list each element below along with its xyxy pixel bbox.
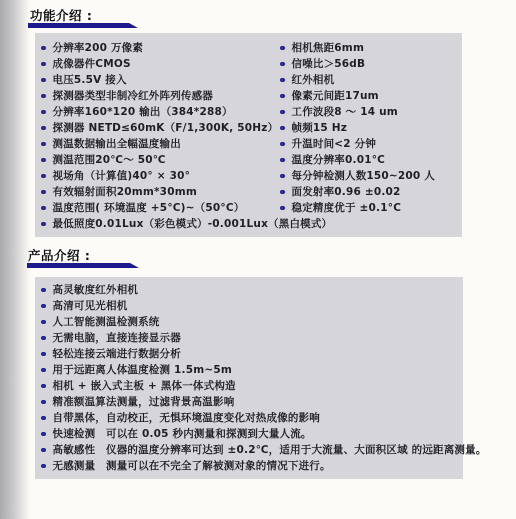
feature-item-text: 相机 + 嵌入式主板 + 黑体一体式构造: [53, 378, 236, 394]
spec-item: 红外相机: [280, 72, 435, 88]
feature-item-text: 无需电脑，直接连接显示器: [53, 330, 181, 346]
feature-item-text: 无感测量 测量可以在不完全了解被测对象的情况下进行。: [53, 458, 331, 474]
bullet-icon: [280, 142, 285, 147]
page-edge-shadow: [0, 0, 30, 519]
feature-item: 无感测量 测量可以在不完全了解被测对象的情况下进行。: [41, 458, 487, 474]
feature-item-text: 用于远距离人体温度检测 1.5m~5m: [53, 362, 233, 378]
bullet-icon: [280, 46, 285, 51]
feature-item-text: 轻松连接云端进行数据分析: [53, 346, 181, 362]
feature-item-text: 高灵敏度红外相机: [53, 282, 139, 298]
bullet-icon: [280, 126, 285, 131]
feature-item-text: 精准额温算法测量，过滤背景高温影响: [53, 394, 235, 410]
function-spec-panel: 分辨率200 万像素 成像器件CMOS 电压5.5V 接入 探测器类型非制冷红外…: [35, 33, 462, 237]
spec-item: 工作波段8 ～ 14 um: [280, 104, 435, 120]
bullet-icon: [41, 464, 46, 469]
feature-item: 高灵敏度红外相机: [41, 282, 487, 298]
spec-item: 面发射率0.96 ±0.02: [280, 184, 435, 200]
function-title-underline: [28, 23, 138, 28]
feature-item-text: 快速检测 可以在 0.05 秒内测量和探测到大量人流。: [53, 426, 312, 442]
spec-item: 每分钟检测人数150~200 人: [280, 168, 435, 184]
feature-item: 相机 + 嵌入式主板 + 黑体一体式构造: [41, 378, 487, 394]
bullet-icon: [280, 174, 285, 179]
bullet-icon: [41, 142, 46, 147]
bullet-icon: [41, 158, 46, 163]
spec-item: 温度分辨率0.01°C: [280, 152, 435, 168]
bullet-icon: [41, 222, 46, 227]
spec-item-text: 温度分辨率0.01°C: [292, 152, 386, 168]
bullet-icon: [280, 94, 285, 99]
spec-item-text: 探测器类型非制冷红外阵列传感器: [53, 88, 214, 104]
feature-item: 高清可见光相机: [41, 298, 487, 314]
bullet-icon: [41, 384, 46, 389]
spec-item-text: 分辨率160*120 输出（384*288）: [53, 104, 233, 120]
function-section-title: 功能介绍 :: [30, 6, 92, 24]
bullet-icon: [41, 304, 46, 309]
feature-item: 自带黑体，自动校正，无惧环境温度变化对热成像的影响: [41, 410, 487, 426]
spec-item: 稳定精度优于 ±0.1°C: [280, 200, 435, 216]
spec-item-text: 视场角（计算值)40° × 30°: [53, 168, 191, 184]
bullet-icon: [280, 158, 285, 163]
bullet-icon: [41, 400, 46, 405]
bullet-icon: [41, 94, 46, 99]
spec-item-text: 电压5.5V 接入: [53, 72, 127, 88]
bullet-icon: [280, 78, 285, 83]
feature-item: 人工智能测温检测系统: [41, 314, 487, 330]
spec-item: 信噪比＞56dB: [280, 56, 435, 72]
spec-item-text: 测温数据输出全幅温度输出: [53, 136, 181, 152]
spec-item-text: 帧频15 Hz: [292, 120, 348, 136]
bullet-icon: [280, 206, 285, 211]
spec-item-text: 探测器 NETD≤60mK（F/1,300K, 50Hz）: [53, 120, 279, 136]
bullet-icon: [41, 352, 46, 357]
bullet-icon: [41, 110, 46, 115]
bullet-icon: [41, 126, 46, 131]
feature-item: 无需电脑，直接连接显示器: [41, 330, 487, 346]
spec-item-text: 每分钟检测人数150~200 人: [292, 168, 436, 184]
feature-item: 精准额温算法测量，过滤背景高温影响: [41, 394, 487, 410]
spec-item-text: 相机焦距6mm: [292, 40, 365, 56]
product-feature-list: 高灵敏度红外相机 高清可见光相机 人工智能测温检测系统 无需电脑，直接连接显示器…: [41, 282, 487, 474]
bullet-icon: [280, 62, 285, 67]
bullet-icon: [41, 368, 46, 373]
bullet-icon: [41, 432, 46, 437]
bullet-icon: [41, 336, 46, 341]
feature-item-text: 高敏感性 仪器的温度分辨率可达到 ±0.2℃，适用于大流量、大面积区域 的远距离…: [53, 442, 487, 458]
feature-item: 快速检测 可以在 0.05 秒内测量和探测到大量人流。: [41, 426, 487, 442]
feature-item: 高敏感性 仪器的温度分辨率可达到 ±0.2℃，适用于大流量、大面积区域 的远距离…: [41, 442, 487, 458]
spec-item-text: 升温时间<2 分钟: [292, 136, 377, 152]
spec-item-text: 有效辐射面积20mm*30mm: [53, 184, 197, 200]
spec-item-text: 信噪比＞56dB: [292, 56, 366, 72]
spec-item-text: 最低照度0.01Lux（彩色模式）-0.001Lux（黑白模式）: [53, 216, 333, 232]
bullet-icon: [280, 190, 285, 195]
product-title-underline: [27, 263, 139, 268]
spec-item-text: 工作波段8 ～ 14 um: [292, 104, 398, 120]
bullet-icon: [41, 416, 46, 421]
product-section-title: 产品介绍 :: [28, 246, 90, 264]
bullet-icon: [41, 190, 46, 195]
bullet-icon: [41, 78, 46, 83]
feature-item-text: 自带黑体，自动校正，无惧环境温度变化对热成像的影响: [53, 410, 321, 426]
spec-item-text: 温度范围( 环境温度 +5°C)~（50°C）: [53, 200, 245, 216]
spec-item: 相机焦距6mm: [280, 40, 435, 56]
spec-item: 帧频15 Hz: [280, 120, 435, 136]
bullet-icon: [41, 288, 46, 293]
feature-item-text: 人工智能测温检测系统: [53, 314, 160, 330]
spec-item-text: 分辨率200 万像素: [53, 40, 144, 56]
bullet-icon: [41, 62, 46, 67]
bullet-icon: [280, 110, 285, 115]
feature-item-text: 高清可见光相机: [53, 298, 128, 314]
spec-item-text: 面发射率0.96 ±0.02: [292, 184, 401, 200]
bullet-icon: [41, 320, 46, 325]
spec-item-text: 红外相机: [292, 72, 335, 88]
bullet-icon: [41, 174, 46, 179]
bullet-icon: [41, 46, 46, 51]
spec-sheet-page: { "colors": { "page_bg": "#fcfbf7", "pan…: [0, 0, 516, 519]
spec-item: 最低照度0.01Lux（彩色模式）-0.001Lux（黑白模式）: [41, 216, 332, 232]
bullet-icon: [41, 206, 46, 211]
spec-item-text: 成像器件CMOS: [53, 56, 131, 72]
feature-item: 用于远距离人体温度检测 1.5m~5m: [41, 362, 487, 378]
spec-item-text: 测温范围20℃～ 50℃: [53, 152, 166, 168]
function-spec-list-right: 相机焦距6mm 信噪比＞56dB 红外相机 像素元间距17um 工作波段8 ～ …: [280, 40, 435, 216]
spec-item-text: 稳定精度优于 ±0.1°C: [292, 200, 402, 216]
spec-item-text: 像素元间距17um: [292, 88, 379, 104]
feature-item: 轻松连接云端进行数据分析: [41, 346, 487, 362]
bullet-icon: [41, 448, 46, 453]
product-feature-panel: 高灵敏度红外相机 高清可见光相机 人工智能测温检测系统 无需电脑，直接连接显示器…: [35, 277, 463, 479]
spec-item: 升温时间<2 分钟: [280, 136, 435, 152]
spec-item: 像素元间距17um: [280, 88, 435, 104]
